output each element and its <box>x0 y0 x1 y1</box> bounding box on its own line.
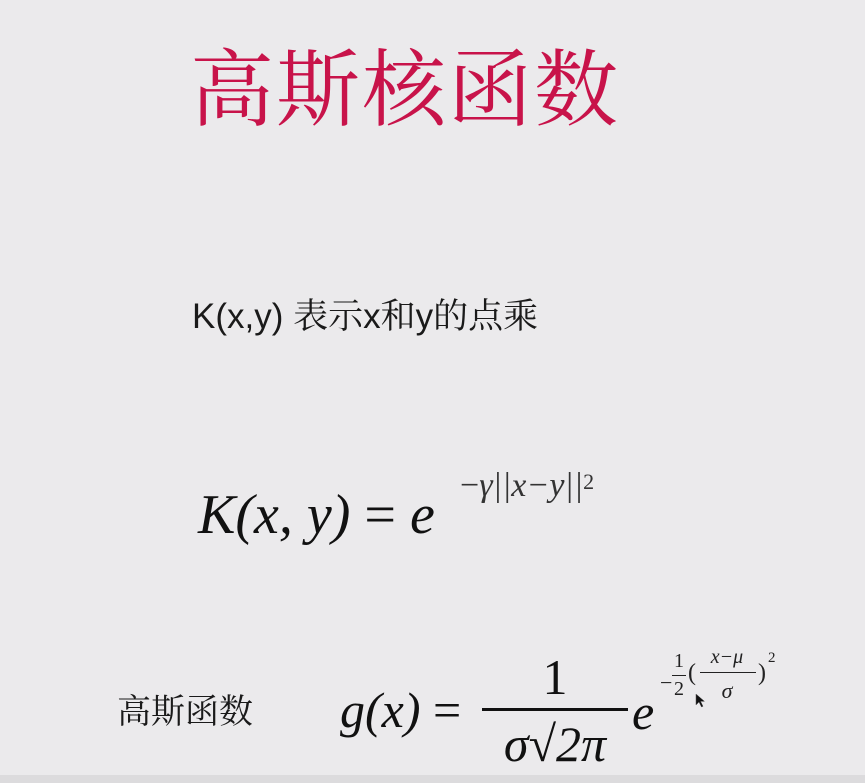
gaussian-equals: = <box>433 682 461 738</box>
kernel-exp-minus: − <box>460 467 479 504</box>
slide: 高斯核函数 K(x,y) 表示x和y的点乘 K(x, y) = e −γ||x−… <box>0 0 865 775</box>
exp-power: 2 <box>768 650 776 667</box>
bottom-edge <box>0 775 865 783</box>
gaussian-lhs: g(x) = <box>340 680 461 740</box>
exp-inner-bar <box>700 672 756 673</box>
exp-half-bar <box>672 675 686 676</box>
fraction-denominator: σ√2π <box>482 715 628 773</box>
kernel-exp-gamma: γ <box>479 467 492 504</box>
gaussian-gx: g(x) <box>340 682 421 738</box>
gaussian-kernel-formula: K(x, y) = e −γ||x−y||2 <box>198 480 435 550</box>
kernel-exponent: −γ||x−y||2 <box>460 466 594 506</box>
exp-half-den: 2 <box>672 678 686 701</box>
gaussian-fraction: 1 σ√2π <box>482 648 628 773</box>
exp-open-paren: ( <box>688 660 696 687</box>
gaussian-function-label: 高斯函数 <box>117 690 253 734</box>
exp-half-num: 1 <box>672 650 686 673</box>
fraction-numerator: 1 <box>482 648 628 706</box>
exp-inner-num: x−μ <box>698 646 756 669</box>
fraction-bar <box>482 708 628 711</box>
kernel-equals: = <box>364 484 396 546</box>
mouse-cursor-icon <box>695 693 707 713</box>
kernel-K: K <box>198 484 235 546</box>
kernel-exp-power: 2 <box>583 469 594 494</box>
kernel-description: K(x,y) 表示x和y的点乘 <box>192 293 538 341</box>
gaussian-base-e: e <box>632 682 654 742</box>
kernel-base-e: e <box>410 484 435 546</box>
exp-minus: − <box>660 670 672 696</box>
kernel-exp-norm: ||x−y|| <box>493 467 584 504</box>
kernel-args: (x, y) <box>235 484 350 546</box>
slide-title: 高斯核函数 <box>190 40 620 140</box>
exp-close-paren: ) <box>758 660 766 687</box>
